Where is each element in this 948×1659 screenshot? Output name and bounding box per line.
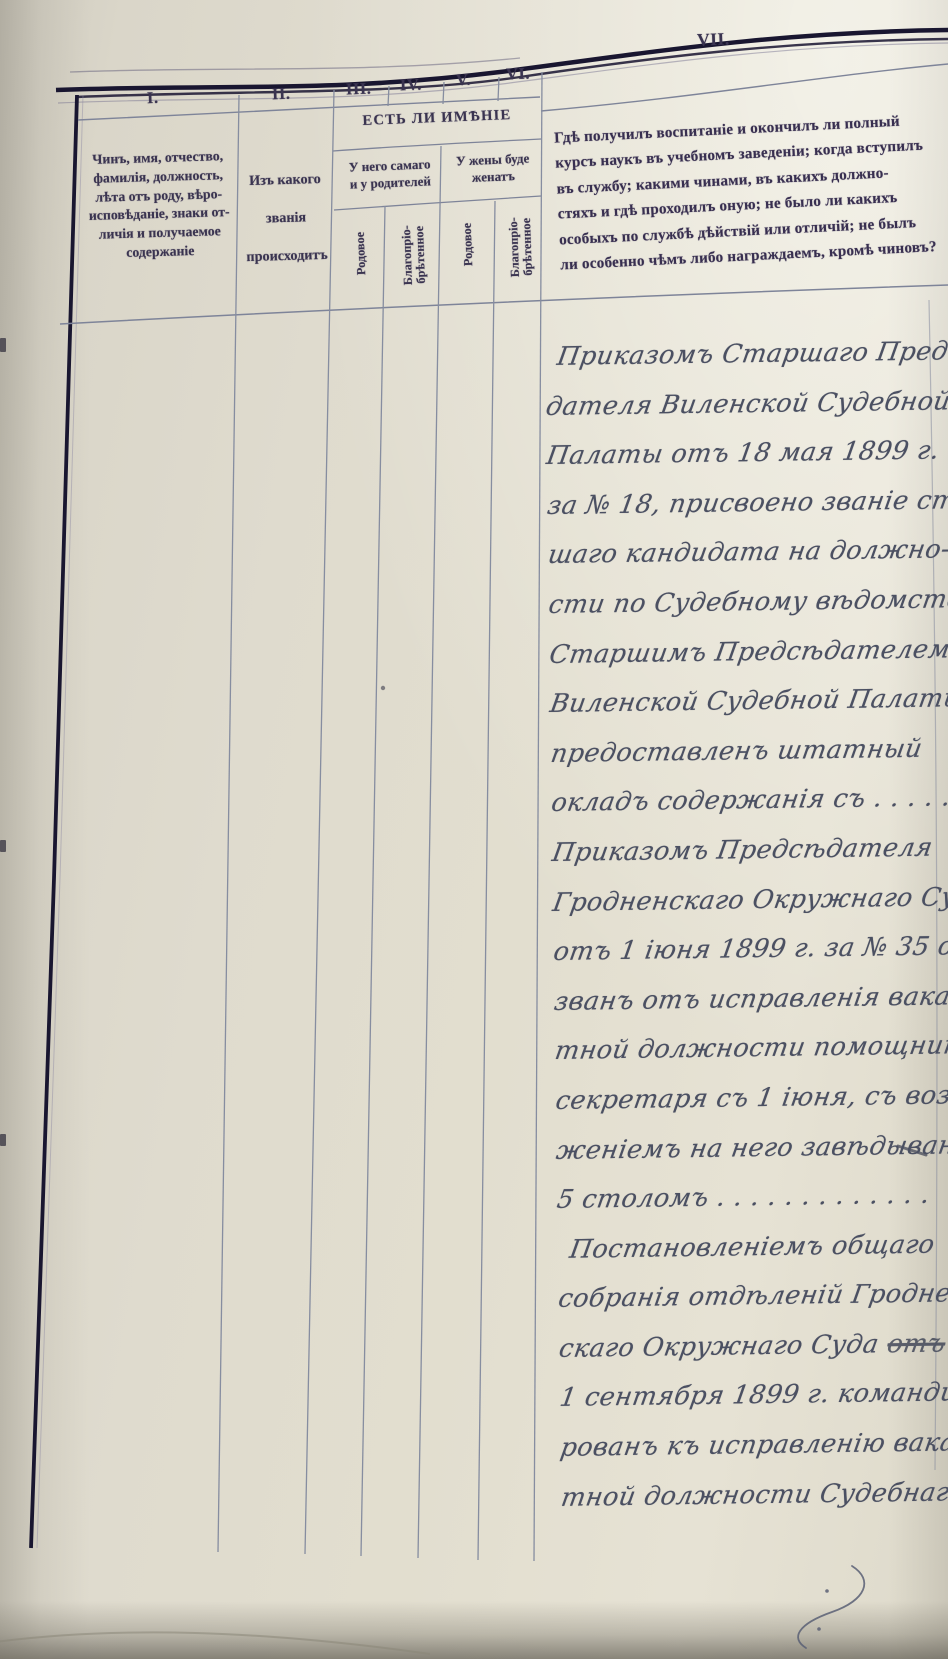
entry-line: Приказомъ Предсѣдателя <box>548 823 948 878</box>
entry-line: предоставленъ штатный <box>547 724 948 779</box>
entry-line: Приказомъ Старшаго Предсѣ- <box>541 327 948 382</box>
entry-line: 1 сентября 1899 г. команди- <box>556 1369 948 1424</box>
entry-line: женіемъ на него завѣдыванія <box>552 1121 948 1176</box>
column1-header: Чинъ, имя, отчество, фамилія, должность,… <box>84 147 233 264</box>
estate-group-header: ЕСТЬ ЛИ ИМѢНІЕ <box>334 106 541 131</box>
scan-edge-mark <box>0 1134 6 1146</box>
blagopriobretennoe-label-wife: Благопріо- брѣтенное <box>506 192 536 303</box>
entry-line: рованъ къ исправленію вакан- <box>557 1418 948 1473</box>
blagopriobretennoe-label-self: Благопріо- брѣтенное <box>399 200 429 311</box>
scan-edge-mark <box>0 338 6 352</box>
entry-line: собранія отдѣленій Гроднен- <box>554 1270 948 1325</box>
struck-word: отъ <box>885 1328 948 1359</box>
entry-line: Старшимъ Предсѣдателемъ <box>545 625 948 680</box>
entry-line: окладъ содержанія съ . . . . . . . . <box>548 774 948 829</box>
column-numeral-2: II. <box>272 84 291 105</box>
entry-line: сти по Судебному вѣдомству. <box>545 575 948 630</box>
entry-line: Палаты отъ 18 мая 1899 г. <box>543 427 948 482</box>
entry-line: секретаря съ 1 іюня, съ возло- <box>552 1071 948 1126</box>
column-numeral-7: VII. <box>697 28 730 50</box>
estate-self-line: и у родителей <box>337 172 444 193</box>
column2-header: Изъ какого званія происходитъ <box>238 160 333 277</box>
column7-header: Гдѣ получилъ воспитаніе и окончилъ ли по… <box>554 107 948 278</box>
pen-flourish <box>798 1566 864 1648</box>
entry-line: Постановленіемъ общаго <box>554 1220 948 1275</box>
entry-line: шаго кандидата на должно- <box>544 526 948 581</box>
column-numeral-1: I. <box>147 88 159 108</box>
entry-line-text: скаго Окружнаго Суда <box>557 1329 881 1364</box>
column-numeral-6: VI. <box>506 64 531 85</box>
rodovoe-label-self: Родовое <box>353 198 370 308</box>
entry-line: за № 18, присвоено званіе стар- <box>543 476 948 531</box>
column2-header-line: происходитъ <box>241 236 334 277</box>
entry-line: Гродненскаго Окружнаго Суда <box>549 873 948 928</box>
column-numeral-4: IV. <box>400 75 423 96</box>
column-numeral-5: V. <box>456 70 472 91</box>
column-numeral-3: III. <box>346 79 372 100</box>
entry-line: званъ отъ исправленія вакан- <box>550 972 948 1027</box>
rodovoe-label-wife: Родовое <box>460 189 477 299</box>
entry-line: 5 столомъ . . . . . . . . . . . . . <box>553 1170 948 1225</box>
scan-edge-mark <box>0 840 6 852</box>
estate-wife-header: У жены буде женатъ <box>446 149 539 187</box>
entry-line: отъ 1 іюня 1899 г. за № 35 от- <box>550 922 948 977</box>
blago-label-line: брѣтенное <box>519 192 536 302</box>
entry-line: тной должности помощника <box>551 1022 948 1077</box>
formular-list-scan: I. II. III. IV. V. VI. VII. Чинъ, имя, о… <box>0 0 948 1659</box>
column2-header-line: званія <box>239 198 332 239</box>
entry-line: Виленской Судебной Палаты <box>546 674 948 729</box>
entry-line: дателя Виленской Судебной <box>542 377 948 432</box>
column2-header-line: Изъ какого <box>238 160 331 201</box>
estate-self-header: У него самаго и у родителей <box>336 155 443 193</box>
entry-line: скаго Окружнаго Судаотъ <box>555 1319 948 1374</box>
entry-line: тной должности Судебнаго <box>557 1468 948 1523</box>
blago-label-line: брѣтенное <box>412 200 429 310</box>
handwritten-entry: Приказомъ Старшаго Предсѣ- дателя Виленс… <box>545 327 948 1523</box>
